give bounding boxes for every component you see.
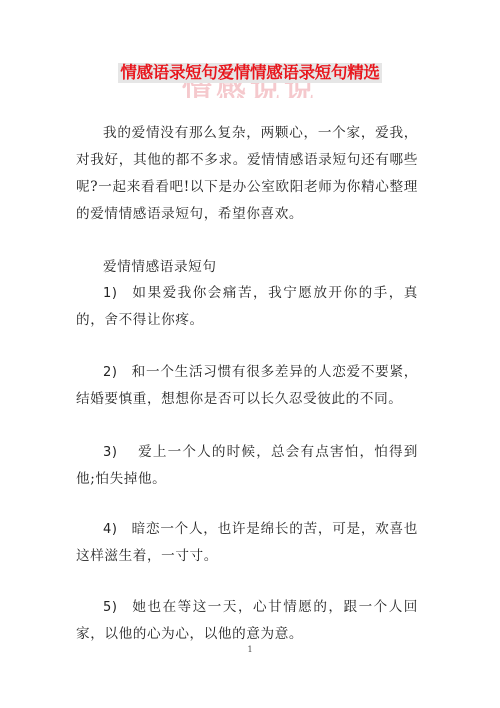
item-text: 暗恋一个人，也许是绵长的苦，可是，欢喜也这样滋生着，一寸寸。 <box>76 521 418 564</box>
document-title: 情感语录短句爱情情感语录短句精选 <box>118 63 381 83</box>
item-number: 1) <box>103 286 118 301</box>
item-number: 2) <box>103 365 118 380</box>
intro-paragraph: 我的爱情没有那么复杂，两颗心，一个家，爱我，对我好，其他的都不多求。爱情情感语录… <box>76 120 418 228</box>
item-text: 如果爱我你会痛苦，我宁愿放开你的手，真的，舍不得让你疼。 <box>76 285 418 328</box>
item-text: 爱上一个人的时候，总会有点害怕，怕得到他;怕失掉他。 <box>76 444 418 487</box>
document-page: 情感说说 情感语录短句爱情情感语录短句精选 我的爱情没有那么复杂，两颗心，一个家… <box>0 0 500 708</box>
item-number: 5) <box>103 600 118 615</box>
title-container: 情感语录短句爱情情感语录短句精选 <box>0 63 500 83</box>
list-item: 3)爱上一个人的时候，总会有点害怕，怕得到他;怕失掉他。 <box>76 439 418 493</box>
list-item: 5)她也在等这一天，心甘情愿的，跟一个人回家，以他的心为心，以他的意为意。 <box>76 594 418 648</box>
page-number: 1 <box>0 645 500 654</box>
list-item: 4)暗恋一个人，也许是绵长的苦，可是，欢喜也这样滋生着，一寸寸。 <box>76 516 418 570</box>
item-number: 4) <box>103 522 118 537</box>
list-item: 2)和一个生活习惯有很多差异的人恋爱不要紧，结婚要慎重，想想你是否可以长久忍受彼… <box>76 359 418 413</box>
item-number: 3) <box>103 445 118 460</box>
item-text: 她也在等这一天，心甘情愿的，跟一个人回家，以他的心为心，以他的意为意。 <box>76 599 418 642</box>
section-heading: 爱情情感语录短句 <box>76 254 418 281</box>
list-item: 1)如果爱我你会痛苦，我宁愿放开你的手，真的，舍不得让你疼。 <box>76 280 418 334</box>
item-text: 和一个生活习惯有很多差异的人恋爱不要紧，结婚要慎重，想想你是否可以长久忍受彼此的… <box>76 364 418 407</box>
